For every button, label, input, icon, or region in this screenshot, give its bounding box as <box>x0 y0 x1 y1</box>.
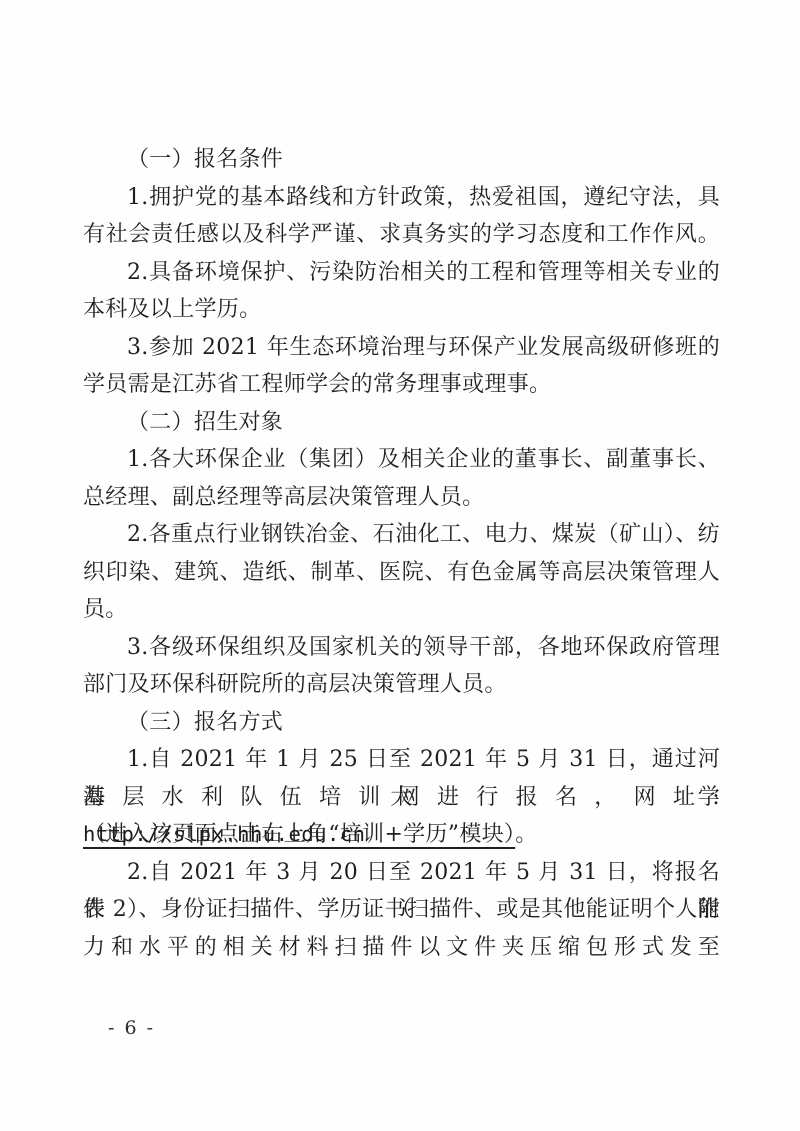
text-line: 本科及以上学历。 <box>83 291 720 329</box>
text-line-underlined: （进入该页面点击右上角“培训+学历”模块）。 <box>83 816 720 854</box>
text-line: 2.具备环境保护、污染防治相关的工程和管理等相关专业的 <box>83 254 720 292</box>
section-heading-application-conditions: （一）报名条件 <box>83 141 720 179</box>
text-line: 部门及环保科研院所的高层决策管理人员。 <box>83 666 720 704</box>
text-line: 1.各大环保企业（集团）及相关企业的董事长、副董事长、 <box>83 441 720 479</box>
text-line: 1.自 2021 年 1 月 25 日至 2021 年 5 月 31 日，通过河… <box>83 741 720 779</box>
text-line: 总经理、副总经理等高层决策管理人员。 <box>83 479 720 517</box>
text-line-with-url: 基层水利队伍培训网进行报名，网址: http://slpx.hhu.edu.cn <box>83 779 720 817</box>
text-segment: 基层水利队伍培训网进行报名，网址: <box>83 785 720 810</box>
text-line: 3.各级环保组织及国家机关的领导干部，各地环保政府管理 <box>83 629 720 667</box>
underlined-text: （进入该页面点击右上角“培训+学历”模块） <box>83 822 515 847</box>
text-line: 3.参加 2021 年生态环境治理与环保产业发展高级研修班的 <box>83 329 720 367</box>
text-line: 2.各重点行业钢铁冶金、石油化工、电力、煤炭（矿山）、纺 <box>83 516 720 554</box>
page-number: - 6 - <box>108 1017 155 1039</box>
section-heading-registration-method: （三）报名方式 <box>83 704 720 742</box>
section-heading-enrollment-targets: （二）招生对象 <box>83 404 720 442</box>
text-line: 员。 <box>83 591 720 629</box>
text-segment: 。 <box>515 822 537 847</box>
text-line: 织印染、建筑、造纸、制革、医院、有色金属等高层决策管理人 <box>83 554 720 592</box>
document-body: （一）报名条件 1.拥护党的基本路线和方针政策，热爱祖国，遵纪守法，具 有社会责… <box>83 141 720 966</box>
text-line: 件 2）、身份证扫描件、学历证书扫描件、或是其他能证明个人能 <box>83 891 720 929</box>
text-line: 1.拥护党的基本路线和方针政策，热爱祖国，遵纪守法，具 <box>83 179 720 217</box>
text-line: 有社会责任感以及科学严谨、求真务实的学习态度和工作作风。 <box>83 216 720 254</box>
text-line: 学员需是江苏省工程师学会的常务理事或理事。 <box>83 366 720 404</box>
text-line: 力和水平的相关材料扫描件以文件夹压缩包形式发至 <box>83 929 720 967</box>
document-page: （一）报名条件 1.拥护党的基本路线和方针政策，热爱祖国，遵纪守法，具 有社会责… <box>0 0 800 1131</box>
text-line: 2.自 2021 年 3 月 20 日至 2021 年 5 月 31 日，将报名… <box>83 854 720 892</box>
